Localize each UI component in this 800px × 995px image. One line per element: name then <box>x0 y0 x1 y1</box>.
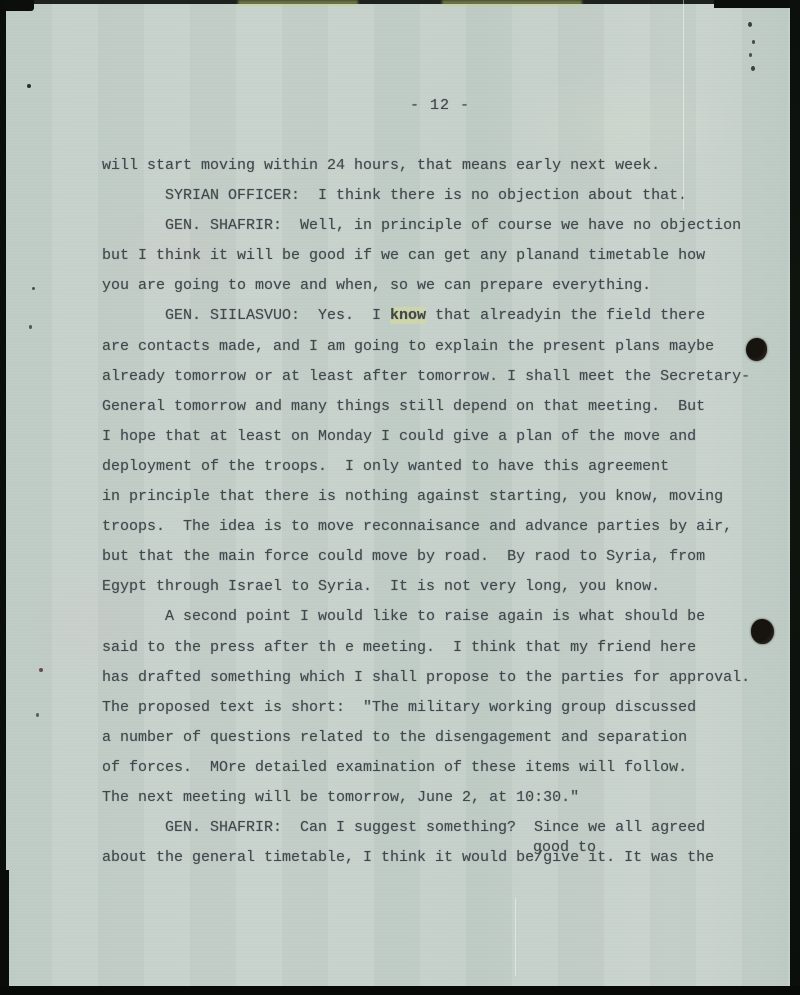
text-line: deployment of the troops. I only wanted … <box>102 452 782 482</box>
hole-punch-mark-bottom <box>751 619 774 644</box>
ink-speck <box>749 53 752 57</box>
text-line: of forces. MOre detailed examination of … <box>102 753 782 783</box>
scan-edge-top <box>0 0 800 4</box>
ink-speck <box>39 668 43 672</box>
text-line: A second point I would like to raise aga… <box>102 602 782 632</box>
text-line: GEN. SHAFRIR: Well, in principle of cour… <box>102 211 782 241</box>
text-line: Egypt through Israel to Syria. It is not… <box>102 572 782 602</box>
text-line: a number of questions related to the dis… <box>102 723 782 753</box>
text-line: said to the press after th e meeting. I … <box>102 633 782 663</box>
scanned-page: - 12 - will start moving within 24 hours… <box>6 3 792 987</box>
ink-speck <box>29 325 32 329</box>
scan-edge-bottom <box>0 986 800 995</box>
scan-edge-top-right <box>714 0 800 8</box>
text-line: are contacts made, and I am going to exp… <box>102 332 782 362</box>
scratch-line <box>683 0 684 210</box>
highlighted-word: know <box>390 307 426 324</box>
scan-edge-left <box>0 0 6 995</box>
scratch-line <box>515 898 516 976</box>
text-block: will start moving within 24 hours, that … <box>102 151 782 873</box>
text-line: GEN. SHAFRIR: Can I suggest something? S… <box>102 813 782 843</box>
text-line: but I think it will be good if we can ge… <box>102 241 782 271</box>
text-line: has drafted something which I shall prop… <box>102 663 782 693</box>
text-line: about the general timetable, I think it … <box>102 843 782 873</box>
ink-speck <box>32 287 35 290</box>
text-line: The next meeting will be tomorrow, June … <box>102 783 782 813</box>
ink-speck <box>36 713 39 717</box>
scan-tint-patch <box>238 0 358 6</box>
scan-edge-right <box>790 0 800 995</box>
scan-root: - 12 - will start moving within 24 hours… <box>0 0 800 995</box>
text-line: you are going to move and when, so we ca… <box>102 271 782 301</box>
text-line: The proposed text is short: "The militar… <box>102 693 782 723</box>
text-line: already tomorrow or at least after tomor… <box>102 362 782 392</box>
ink-speck <box>27 84 31 88</box>
text-line: in principle that there is nothing again… <box>102 482 782 512</box>
text-line: troops. The idea is to move reconnaisanc… <box>102 512 782 542</box>
hole-punch-mark-top <box>746 338 767 361</box>
text-line: will start moving within 24 hours, that … <box>102 151 782 181</box>
scan-edge-left-bottom <box>0 870 9 995</box>
ink-speck <box>752 40 755 44</box>
text-line: but that the main force could move by ro… <box>102 542 782 572</box>
text-line: SYRIAN OFFICER: I think there is no obje… <box>102 181 782 211</box>
text-line: GEN. SIILASVUO: Yes. I know that already… <box>102 301 782 331</box>
text-line: I hope that at least on Monday I could g… <box>102 422 782 452</box>
ink-speck <box>751 66 755 71</box>
text-line: General tomorrow and many things still d… <box>102 392 782 422</box>
insertion-note: good to <box>533 839 596 856</box>
page-number: - 12 - <box>410 97 470 114</box>
ink-speck <box>748 22 752 27</box>
scan-tint-patch <box>442 0 582 6</box>
